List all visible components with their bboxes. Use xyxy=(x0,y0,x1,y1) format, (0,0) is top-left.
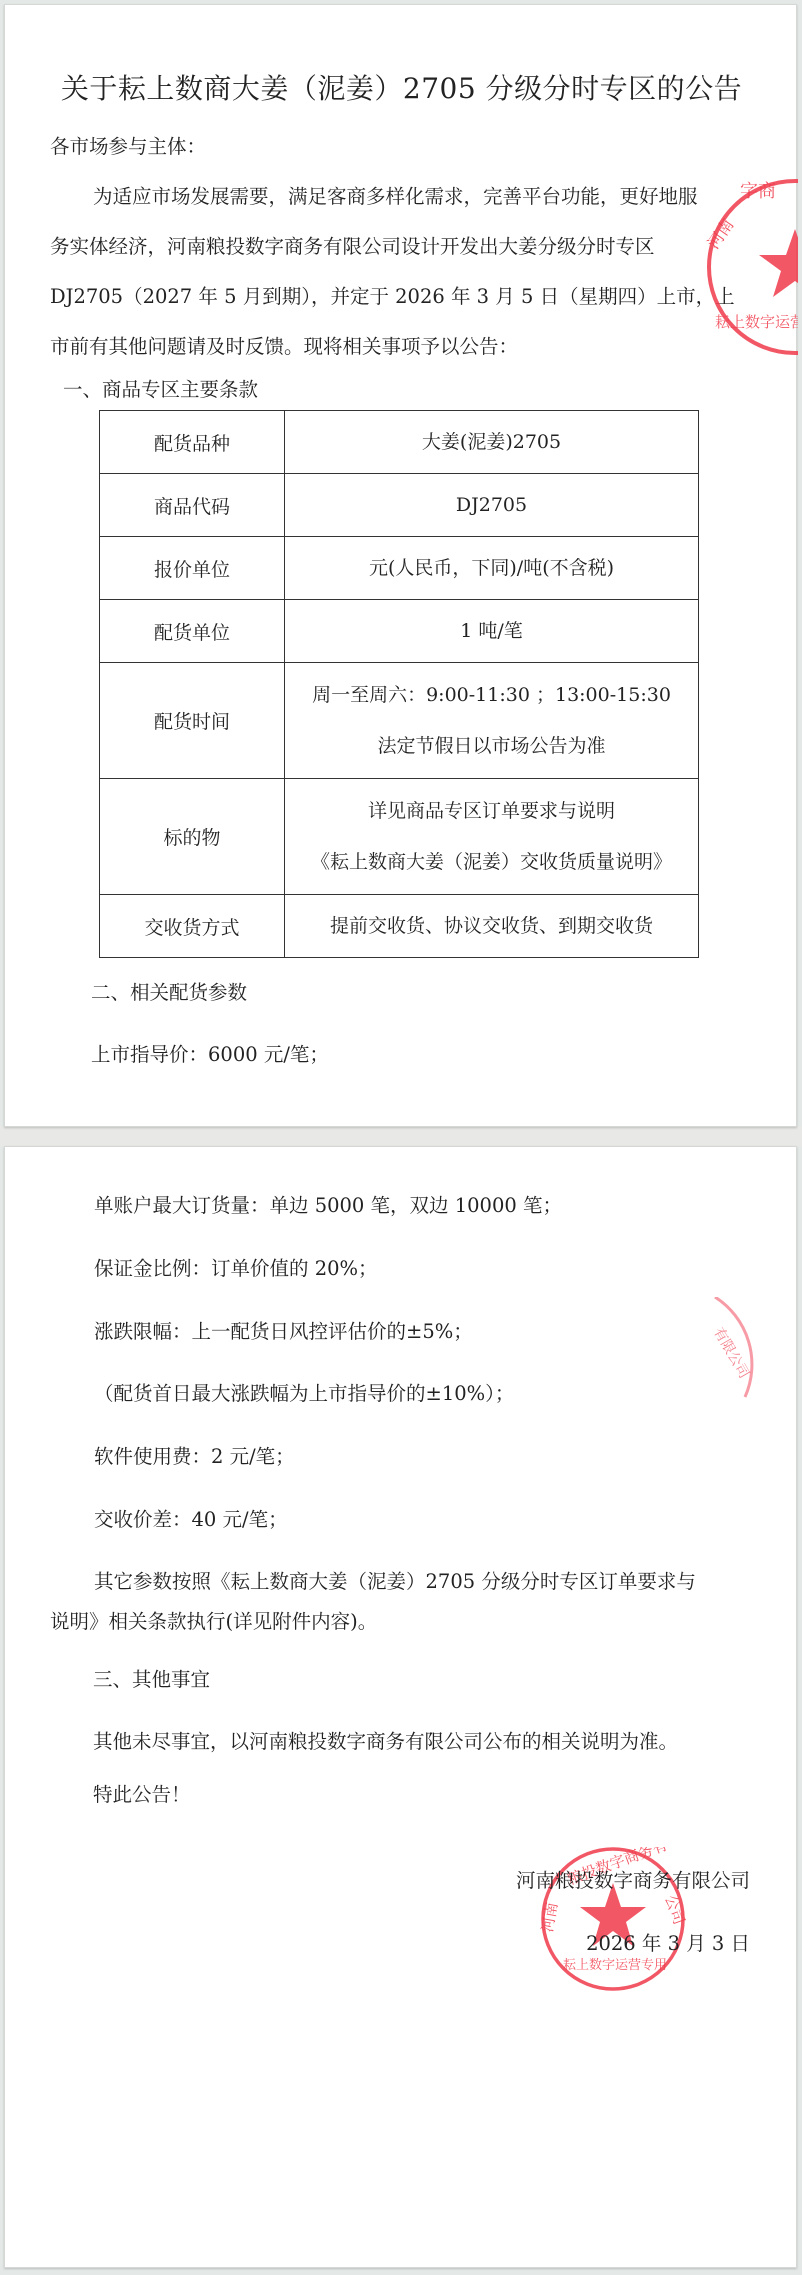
table-key: 商品代码 xyxy=(100,474,285,537)
table-key: 标的物 xyxy=(100,779,285,895)
table-value: 提前交收货、协议交收货、到期交收货 xyxy=(285,895,699,958)
table-value-line: 法定节假日以市场公告为准 xyxy=(285,737,698,756)
table-value-line: 大姜(泥姜)2705 xyxy=(285,433,698,452)
table-row: 商品代码 DJ2705 xyxy=(100,474,699,537)
param-item: 上市指导价：6000 元/笔； xyxy=(91,1045,329,1065)
table-row: 配货时间 周一至周六：9:00-11:30 ；13:00-15:30 法定节假日… xyxy=(100,663,699,779)
table-value-line: 元(人民币，下同)/吨(不含税) xyxy=(285,559,698,578)
svg-text:有限公司: 有限公司 xyxy=(710,1325,752,1381)
table-value-line: 周一至周六：9:00-11:30 ；13:00-15:30 xyxy=(285,686,698,705)
param-item: 单账户最大订货量：单边 5000 笔，双边 10000 笔； xyxy=(94,1196,562,1216)
intro-line: 务实体经济，河南粮投数字商务有限公司设计开发出大姜分级分时专区 xyxy=(50,237,655,257)
page-gap xyxy=(0,1127,802,1146)
closing-text: 特此公告！ xyxy=(93,1785,191,1805)
param-item: 涨跌限幅：上一配货日风控评估价的±5%； xyxy=(94,1322,473,1342)
section-heading-3: 三、其他事宜 xyxy=(93,1670,210,1690)
terms-table: 配货品种 大姜(泥姜)2705 商品代码 DJ2705 报价单位 元(人民币，下… xyxy=(99,410,699,958)
param-item: 保证金比例：订单价值的 20%； xyxy=(94,1259,378,1279)
intro-line: DJ2705（2027 年 5 月到期），并定于 2026 年 3 月 5 日（… xyxy=(50,287,735,307)
table-value: 周一至周六：9:00-11:30 ；13:00-15:30 法定节假日以市场公告… xyxy=(285,663,699,779)
table-value: 大姜(泥姜)2705 xyxy=(285,411,699,474)
table-row: 配货单位 1 吨/笔 xyxy=(100,600,699,663)
table-key: 配货单位 xyxy=(100,600,285,663)
section3-body: 其他未尽事宜，以河南粮投数字商务有限公司公布的相关说明为准。 xyxy=(93,1732,678,1752)
section-heading-2: 二、相关配货参数 xyxy=(91,983,247,1003)
salutation: 各市场参与主体： xyxy=(50,137,206,157)
intro-line: 为适应市场发展需要，满足客商多样化需求，完善平台功能，更好地服 xyxy=(93,187,698,207)
table-row: 报价单位 元(人民币，下同)/吨(不含税) xyxy=(100,537,699,600)
svg-text:河南: 河南 xyxy=(538,1901,561,1934)
section-heading-1: 一、商品专区主要条款 xyxy=(63,380,258,400)
table-row: 配货品种 大姜(泥姜)2705 xyxy=(100,411,699,474)
document-title: 关于耘上数商大姜（泥姜）2705 分级分时专区的公告 xyxy=(5,67,798,107)
table-value: 1 吨/笔 xyxy=(285,600,699,663)
signature-date: 2026 年 3 月 3 日 xyxy=(586,1934,750,1954)
document-page-1: 关于耘上数商大姜（泥姜）2705 分级分时专区的公告 各市场参与主体： 为适应市… xyxy=(4,4,797,1127)
other-params-line: 说明》相关条款执行(详见附件内容)。 xyxy=(50,1612,377,1632)
svg-text:耘上数字运营专用: 耘上数字运营专用 xyxy=(563,1957,667,1973)
svg-text:公司: 公司 xyxy=(661,1893,688,1927)
param-item: （配货首日最大涨跌幅为上市指导价的±10%）； xyxy=(94,1384,514,1404)
table-key: 报价单位 xyxy=(100,537,285,600)
table-row: 交收货方式 提前交收货、协议交收货、到期交收货 xyxy=(100,895,699,958)
intro-line: 市前有其他问题请及时反馈。现将相关事项予以公告： xyxy=(50,337,518,357)
param-item: 软件使用费：2 元/笔； xyxy=(94,1447,295,1467)
svg-text:耘上数字运营专用: 耘上数字运营专用 xyxy=(715,313,798,331)
table-key: 配货品种 xyxy=(100,411,285,474)
table-value: 元(人民币，下同)/吨(不含税) xyxy=(285,537,699,600)
table-value: DJ2705 xyxy=(285,474,699,537)
other-params-line: 其它参数按照《耘上数商大姜（泥姜）2705 分级分时专区订单要求与 xyxy=(94,1572,696,1592)
svg-text:字商: 字商 xyxy=(740,181,776,202)
table-row: 标的物 详见商品专区订单要求与说明 《耘上数商大姜（泥姜）交收货质量说明》 xyxy=(100,779,699,895)
param-item: 交收价差：40 元/笔； xyxy=(94,1510,288,1530)
partial-seal-icon: 有限公司 xyxy=(705,1297,765,1407)
table-value-line: DJ2705 xyxy=(285,496,698,515)
table-key: 配货时间 xyxy=(100,663,285,779)
table-value-line: 1 吨/笔 xyxy=(285,622,698,641)
table-value-line: 提前交收货、协议交收货、到期交收货 xyxy=(285,917,698,936)
company-seal-icon: 耘上数字运营专用 河南 字商 xyxy=(695,177,798,357)
table-value: 详见商品专区订单要求与说明 《耘上数商大姜（泥姜）交收货质量说明》 xyxy=(285,779,699,895)
table-value-line: 《耘上数商大姜（泥姜）交收货质量说明》 xyxy=(285,853,698,872)
svg-text:河南: 河南 xyxy=(704,215,738,252)
document-page-2: 单账户最大订货量：单边 5000 笔，双边 10000 笔； 保证金比例：订单价… xyxy=(4,1146,797,2268)
table-value-line: 详见商品专区订单要求与说明 xyxy=(285,802,698,821)
signature-company: 河南粮投数字商务有限公司 xyxy=(516,1871,750,1891)
table-key: 交收货方式 xyxy=(100,895,285,958)
